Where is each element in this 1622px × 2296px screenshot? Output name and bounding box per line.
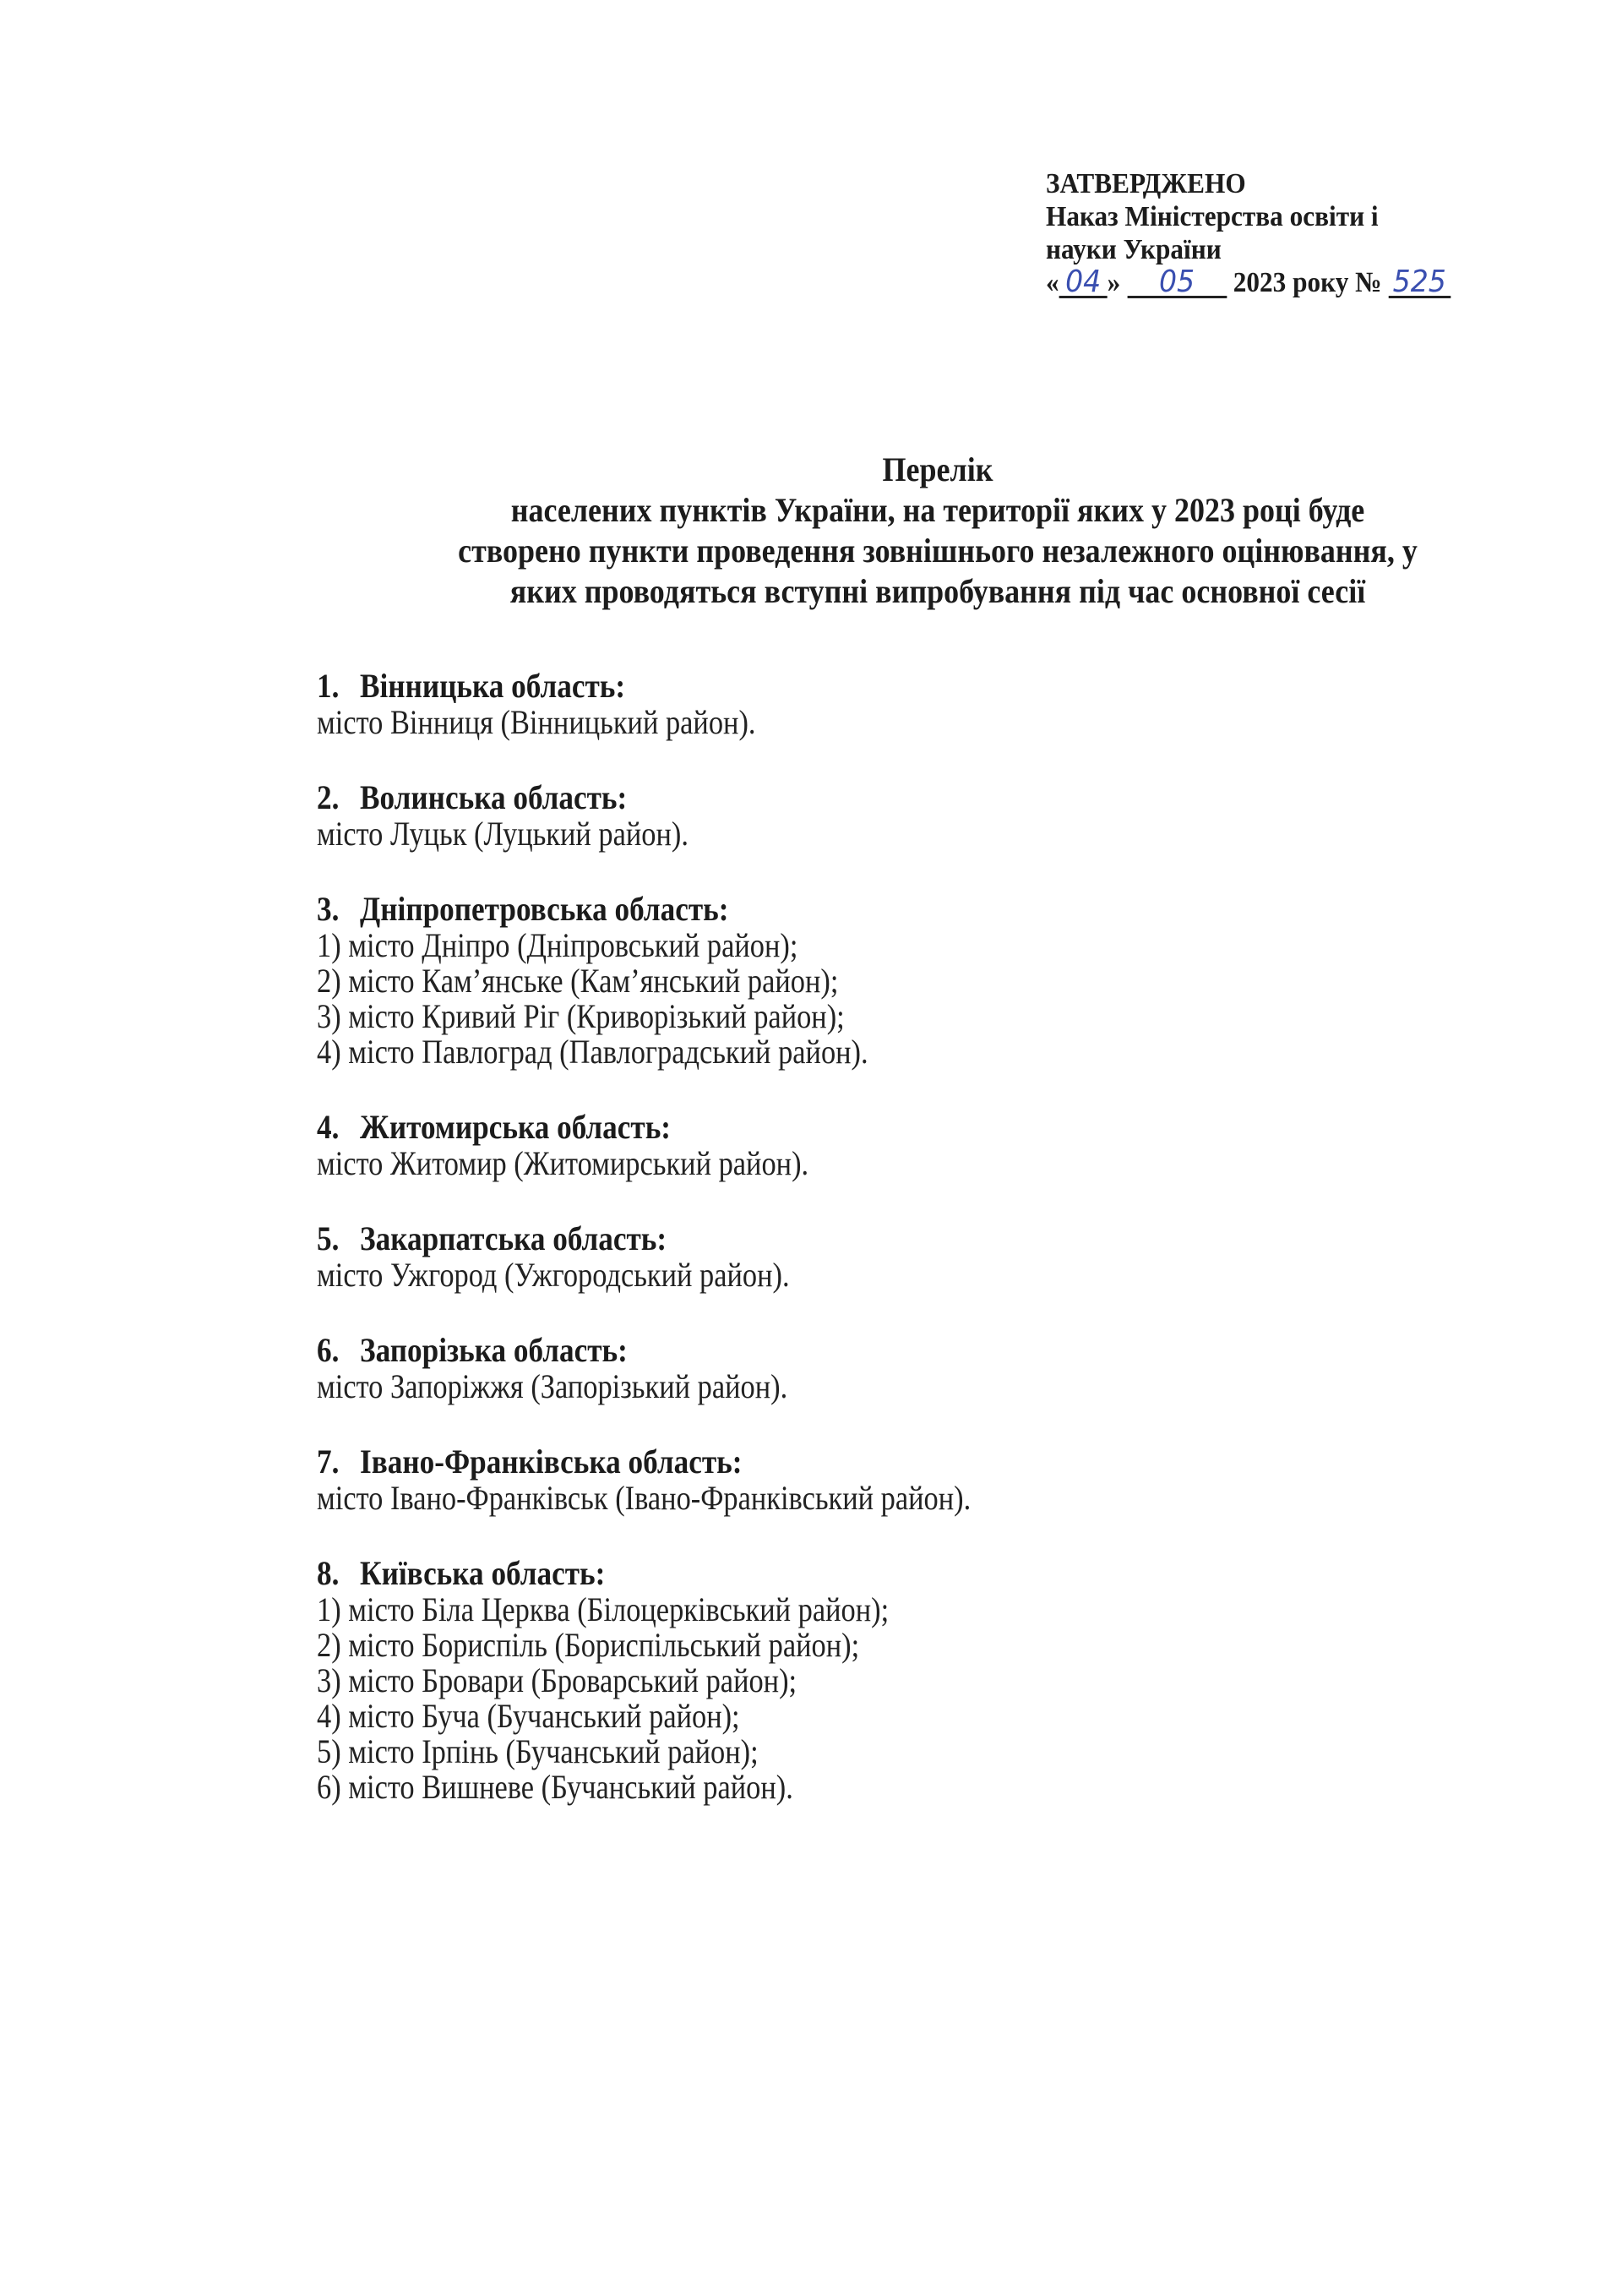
city-item: місто Івано-Франківськ (Івано-Франківськ… bbox=[317, 1481, 1334, 1516]
order-line-2: науки України bbox=[1046, 233, 1543, 266]
document-title: Перелік населених пунктів України, на те… bbox=[367, 450, 1508, 612]
region-heading: 3.Дніпропетровська область: bbox=[317, 891, 1358, 928]
region-number: 7. bbox=[317, 1443, 360, 1481]
city-item: місто Ужгород (Ужгородський район). bbox=[317, 1257, 1334, 1293]
region-section: 6.Запорізька область:місто Запоріжжя (За… bbox=[317, 1332, 1500, 1404]
quote-open: « bbox=[1046, 267, 1059, 298]
region-section: 2.Волинська область:місто Луцьк (Луцький… bbox=[317, 779, 1500, 852]
region-heading: 2.Волинська область: bbox=[317, 779, 1358, 816]
region-name: Київська область: bbox=[360, 1554, 605, 1592]
region-heading: 1.Вінницька область: bbox=[317, 668, 1358, 705]
city-item: 4) місто Павлоград (Павлоградський район… bbox=[317, 1034, 1334, 1070]
city-item: місто Житомир (Житомирський район). bbox=[317, 1146, 1334, 1181]
quote-close: » bbox=[1108, 267, 1121, 298]
region-name: Івано-Франківська область: bbox=[360, 1442, 742, 1481]
region-name: Запорізька область: bbox=[360, 1331, 628, 1369]
city-item: 1) місто Дніпро (Дніпровський район); bbox=[317, 928, 1334, 963]
region-section: 8.Київська область:1) місто Біла Церква … bbox=[317, 1555, 1500, 1805]
region-section: 4.Житомирська область:місто Житомир (Жит… bbox=[317, 1109, 1500, 1181]
title-line-1: Перелік bbox=[367, 450, 1508, 490]
title-line-2: населених пунктів України, на території … bbox=[367, 490, 1508, 531]
order-number-field: 525 bbox=[1388, 270, 1451, 298]
city-item: 3) місто Бровари (Броварський район); bbox=[317, 1663, 1334, 1699]
region-list: 1.Вінницька область:місто Вінниця (Вінни… bbox=[317, 668, 1500, 1844]
region-heading: 4.Житомирська область: bbox=[317, 1109, 1358, 1146]
region-number: 5. bbox=[317, 1220, 360, 1257]
region-section: 1.Вінницька область:місто Вінниця (Вінни… bbox=[317, 668, 1500, 740]
region-number: 2. bbox=[317, 779, 360, 816]
region-section: 3.Дніпропетровська область:1) місто Дніп… bbox=[317, 891, 1500, 1070]
region-number: 4. bbox=[317, 1109, 360, 1146]
order-date-line: «04» 05 2023 року № 525 bbox=[1046, 266, 1543, 299]
region-number: 3. bbox=[317, 891, 360, 928]
city-item: 2) місто Кам’янське (Кам’янський район); bbox=[317, 963, 1334, 999]
approval-heading: ЗАТВЕРДЖЕНО bbox=[1046, 167, 1543, 200]
approval-stamp: ЗАТВЕРДЖЕНО Наказ Міністерства освіти і … bbox=[1046, 167, 1543, 299]
handwritten-month: 05 bbox=[1159, 265, 1195, 299]
region-name: Дніпропетровська область: bbox=[360, 890, 728, 928]
region-section: 7.Івано-Франківська область:місто Івано-… bbox=[317, 1443, 1500, 1516]
region-name: Закарпатська область: bbox=[360, 1219, 667, 1257]
city-item: місто Запоріжжя (Запорізький район). bbox=[317, 1369, 1334, 1404]
handwritten-number: 525 bbox=[1393, 265, 1446, 299]
region-heading: 7.Івано-Франківська область: bbox=[317, 1443, 1358, 1481]
city-item: 3) місто Кривий Ріг (Криворізький район)… bbox=[317, 999, 1334, 1034]
city-item: 4) місто Буча (Бучанський район); bbox=[317, 1699, 1334, 1734]
month-field: 05 bbox=[1127, 270, 1227, 298]
region-number: 6. bbox=[317, 1332, 360, 1369]
year-text: 2023 року № bbox=[1233, 267, 1382, 298]
city-item: 2) місто Бориспіль (Бориспільський район… bbox=[317, 1628, 1334, 1663]
day-field: 04 bbox=[1059, 270, 1108, 298]
region-section: 5.Закарпатська область:місто Ужгород (Уж… bbox=[317, 1220, 1500, 1293]
city-item: місто Вінниця (Вінницький район). bbox=[317, 705, 1334, 740]
order-line-1: Наказ Міністерства освіти і bbox=[1046, 200, 1543, 233]
region-number: 1. bbox=[317, 668, 360, 705]
title-line-4: яких проводяться вступні випробування пі… bbox=[367, 571, 1508, 612]
region-number: 8. bbox=[317, 1555, 360, 1592]
region-heading: 6.Запорізька область: bbox=[317, 1332, 1358, 1369]
region-name: Волинська область: bbox=[360, 778, 627, 816]
city-item: місто Луцьк (Луцький район). bbox=[317, 816, 1334, 852]
region-heading: 5.Закарпатська область: bbox=[317, 1220, 1358, 1257]
city-item: 6) місто Вишневе (Бучанський район). bbox=[317, 1770, 1334, 1805]
region-heading: 8.Київська область: bbox=[317, 1555, 1358, 1592]
city-item: 1) місто Біла Церква (Білоцерківський ра… bbox=[317, 1592, 1334, 1628]
city-item: 5) місто Ірпінь (Бучанський район); bbox=[317, 1734, 1334, 1770]
handwritten-day: 04 bbox=[1065, 265, 1101, 299]
region-name: Житомирська область: bbox=[360, 1108, 671, 1146]
region-name: Вінницька область: bbox=[360, 667, 625, 705]
title-line-3: створено пункти проведення зовнішнього н… bbox=[367, 531, 1508, 571]
